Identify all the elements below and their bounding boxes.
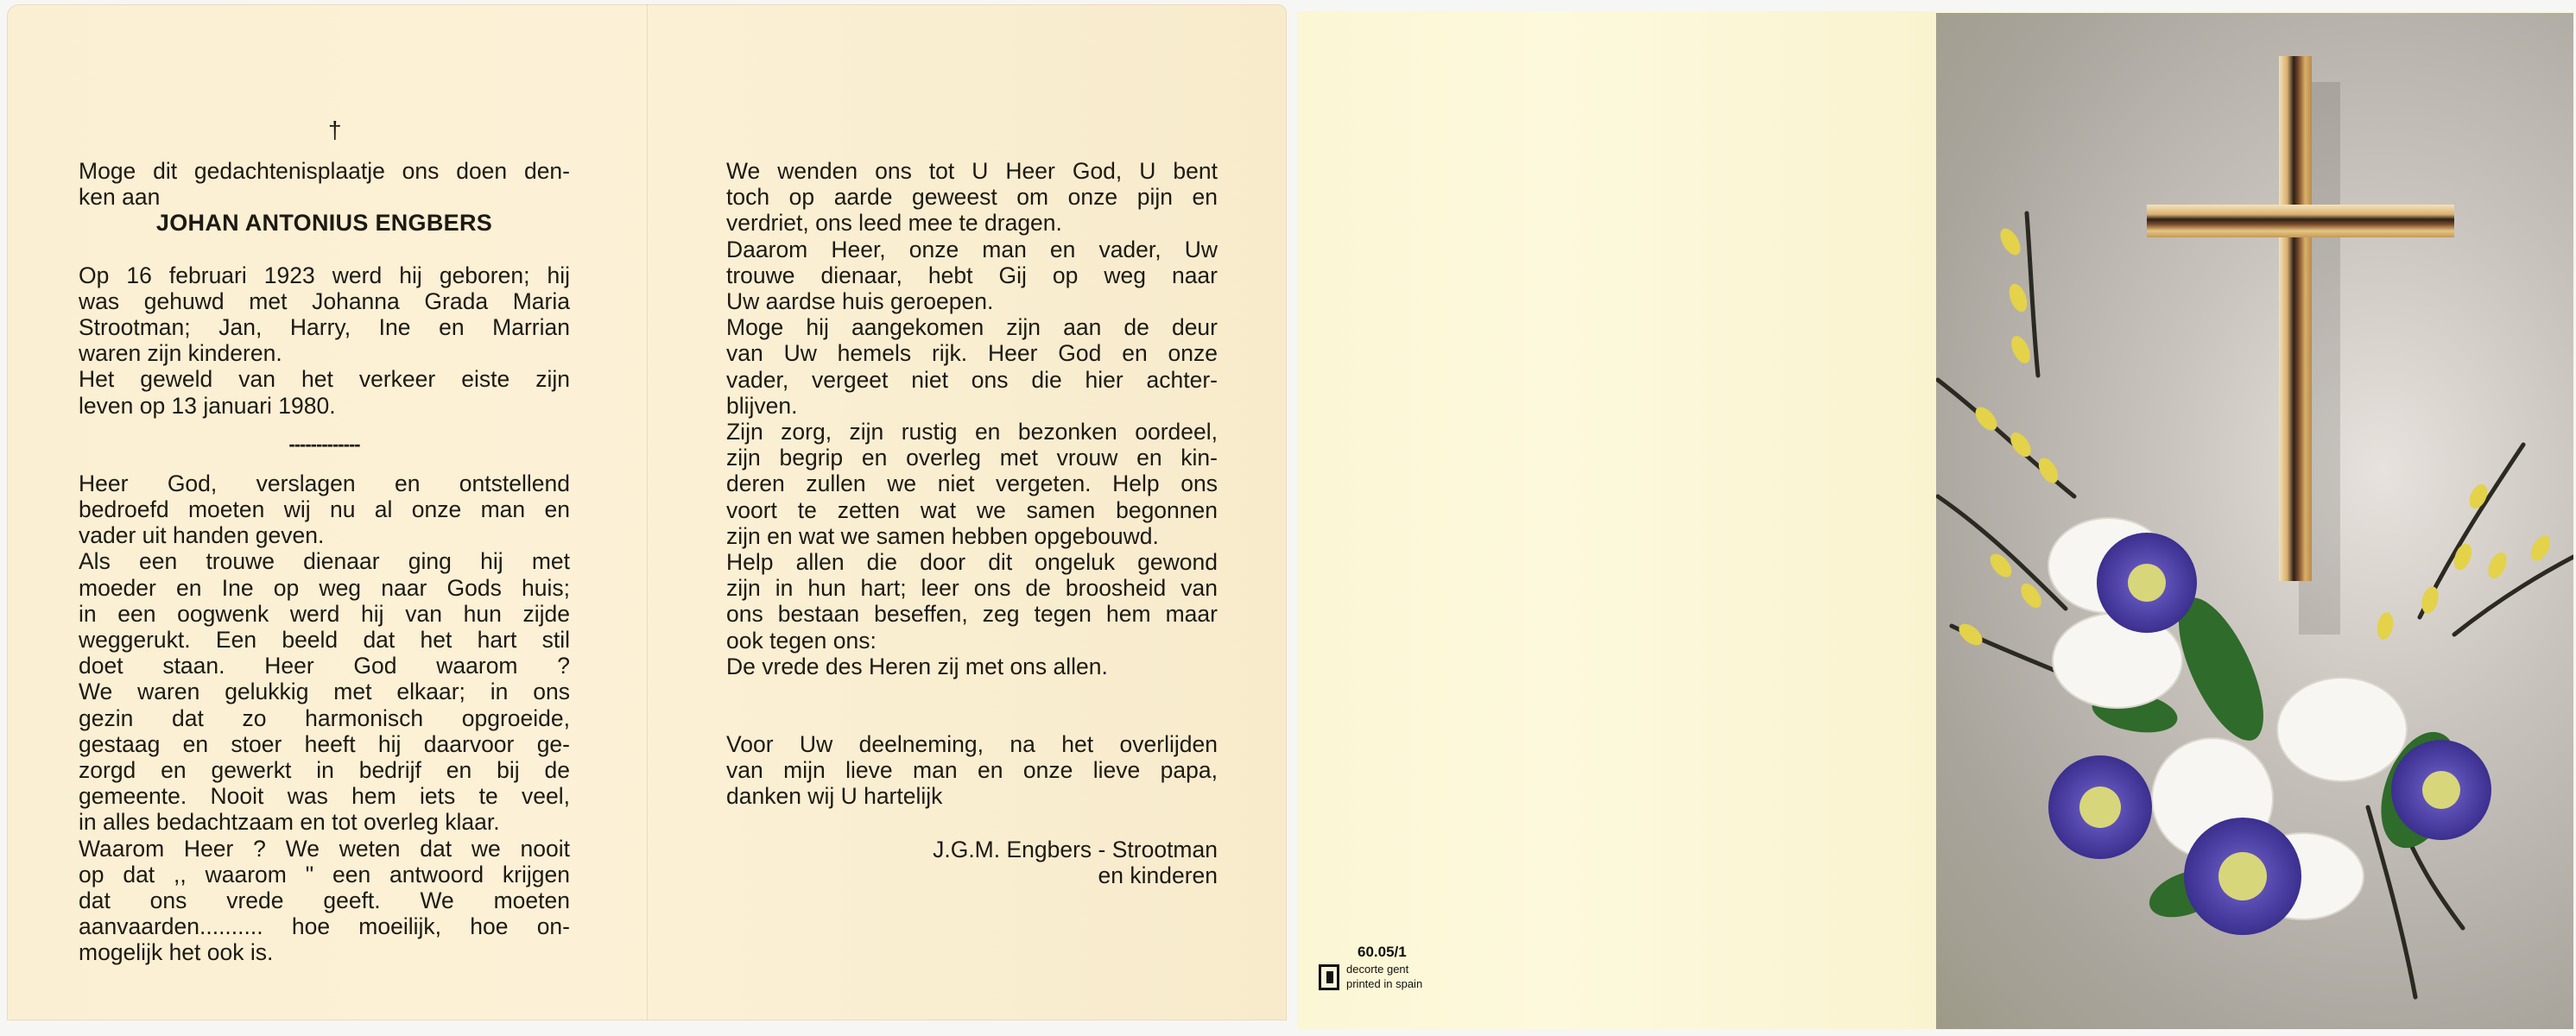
text-line: van mijn lieve man en onze lieve papa, <box>726 757 1218 783</box>
text-line: zorgd en gewerkt in bedrijf en bij de <box>79 757 570 783</box>
text-line: bedroefd moeten wij nu al onze man en <box>79 496 570 522</box>
text-line: Op 16 februari 1923 werd hij geboren; hi… <box>79 262 570 288</box>
text-line: We waren gelukkig met elkaar; in ons <box>79 679 570 704</box>
text-line: waren zijn kinderen. <box>79 340 570 366</box>
text-line: danken wij U hartelijk <box>726 783 1218 809</box>
right-text-column: We wenden ons tot U Heer God, U benttoch… <box>726 158 1218 888</box>
printer-name: decorte gent <box>1346 963 1408 976</box>
text-line: Daarom Heer, onze man en vader, Uw <box>726 237 1218 262</box>
card-inner-side: † Moge dit gedachtenisplaatje ons doen d… <box>7 4 1287 1020</box>
text-line: was gehuwd met Johanna Grada Maria <box>79 288 570 314</box>
text-line: Help allen die door dit ongeluk gewond <box>726 549 1218 575</box>
text-line: blijven. <box>726 393 1218 419</box>
prayer-paragraph-right: We wenden ons tot U Heer God, U benttoch… <box>726 158 1218 679</box>
text-line: moeder en Ine op weg naar Gods huis; <box>79 575 570 601</box>
signature: J.G.M. Engbers - Strootman en kinderen <box>726 837 1218 888</box>
text-line: Zijn zorg, zijn rustig en bezonken oorde… <box>726 419 1218 445</box>
deceased-name: JOHAN ANTONIUS ENGBERS <box>79 210 570 236</box>
text-line: Voor Uw deelneming, na het overlijden <box>726 731 1218 757</box>
text-line: in een oogwenk werd hij van hun zijde <box>79 601 570 627</box>
text-line: Strootman; Jan, Harry, Ine en Marrian <box>79 314 570 340</box>
text-line: gezin dat zo harmonisch opgroeide, <box>79 705 570 731</box>
cover-illustration <box>1936 13 2573 1029</box>
text-line: Waarom Heer ? We weten dat we nooit <box>79 836 570 862</box>
text-line: op dat ,, waarom " een antwoord krijgen <box>79 862 570 888</box>
separator: ------------- <box>79 419 570 471</box>
print-code: 60.05/1 <box>1358 944 1407 961</box>
signature-line: en kinderen <box>726 862 1218 888</box>
text-line: trouwe dienaar, hebt Gij op weg naar <box>726 262 1218 288</box>
text-line: toch op aarde geweest om onze pijn en <box>726 184 1218 210</box>
cover-photo <box>1936 13 2573 1029</box>
text-line: leven op 13 januari 1980. <box>79 393 570 419</box>
text-line: Uw aardse huis geroepen. <box>726 288 1218 314</box>
card-fold-line <box>647 4 648 1020</box>
text-line: deren zullen we niet vergeten. Help ons <box>726 471 1218 496</box>
text-line: We wenden ons tot U Heer God, U bent <box>726 158 1218 184</box>
text-line: Het geweld van het verkeer eiste zijn <box>79 366 570 392</box>
text-line: mogelijk het ook is. <box>79 939 570 965</box>
cross-symbol-icon: † <box>328 117 342 144</box>
text-line: voort te zetten wat we samen begonnen <box>726 497 1218 523</box>
cross-icon <box>2147 56 2454 581</box>
printed-in: printed in spain <box>1346 977 1422 990</box>
text-line: verdriet, ons leed mee te dragen. <box>726 210 1218 236</box>
text-line: dat ons vrede geeft. We moeten <box>79 888 570 913</box>
prayer-paragraph-left: Heer God, verslagen en ontstellendbedroe… <box>79 471 570 966</box>
spacer <box>726 810 1218 837</box>
text-line: aanvaarden.......... hoe moeilijk, hoe o… <box>79 913 570 939</box>
bio-paragraph: Op 16 februari 1923 werd hij geboren; hi… <box>79 262 570 419</box>
text-line: gemeente. Nooit was hem iets te veel, <box>79 783 570 809</box>
back-cover-panel: 60.05/1 decorte gent printed in spain <box>1297 11 1936 1029</box>
thanks-paragraph: Voor Uw deelneming, na het overlijden va… <box>726 731 1218 810</box>
text-line: ook tegen ons: <box>726 628 1218 654</box>
text-line: gestaag en stoer heeft hij daarvoor ge- <box>79 731 570 757</box>
text-line: ons bestaan beseffen, zeg tegen hem maar <box>726 601 1218 627</box>
spacer <box>79 237 570 262</box>
printer-logo-icon <box>1319 964 1339 990</box>
text-line: zijn begrip en overleg met vrouw en kin- <box>726 445 1218 471</box>
card-outer-side: 60.05/1 decorte gent printed in spain <box>1297 11 2573 1029</box>
text-line: in alles bedachtzaam en tot overleg klaa… <box>79 809 570 835</box>
spacer <box>726 679 1218 731</box>
text-line: Heer God, verslagen en ontstellend <box>79 471 570 496</box>
signature-line: J.G.M. Engbers - Strootman <box>726 837 1218 862</box>
text-line: ken aan <box>79 184 570 210</box>
text-line: vader, vergeet niet ons die hier achter- <box>726 367 1218 393</box>
text-line: De vrede des Heren zij met ons allen. <box>726 654 1218 679</box>
text-line: zijn in hun hart; leer ons de broosheid … <box>726 575 1218 601</box>
text-line: zijn en wat we samen hebben opgebouwd. <box>726 523 1218 549</box>
left-text-column: Moge dit gedachtenisplaatje ons doen den… <box>79 158 570 966</box>
text-line: Moge hij aangekomen zijn aan de deur <box>726 314 1218 340</box>
text-line: van Uw hemels rijk. Heer God en onze <box>726 340 1218 366</box>
text-line: Moge dit gedachtenisplaatje ons doen den… <box>79 158 570 184</box>
text-line: vader uit handen geven. <box>79 522 570 548</box>
text-line: Als een trouwe dienaar ging hij met <box>79 548 570 574</box>
intro-paragraph: Moge dit gedachtenisplaatje ons doen den… <box>79 158 570 210</box>
text-line: doet staan. Heer God waarom ? <box>79 653 570 679</box>
text-line: weggerukt. Een beeld dat het hart stil <box>79 627 570 653</box>
